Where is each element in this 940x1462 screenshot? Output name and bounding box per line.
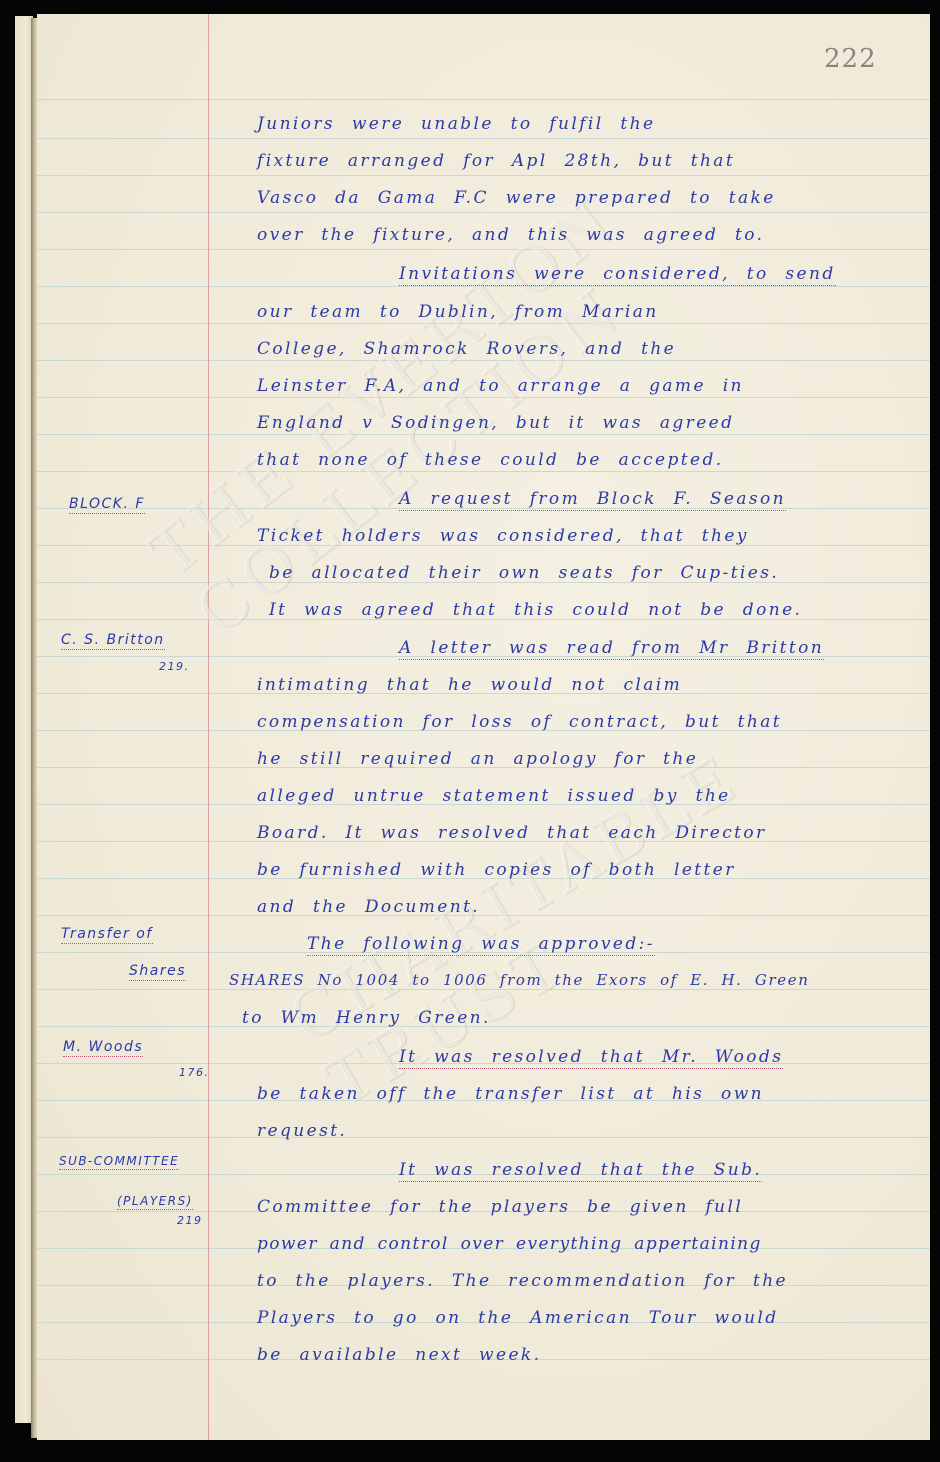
ruled-line (37, 434, 930, 435)
handwritten-line: alleged untrue statement issued by the (257, 786, 731, 806)
handwritten-line: power and control over everything appert… (257, 1234, 762, 1254)
ruled-line (37, 323, 930, 324)
margin-note-transfer-of: Transfer of (61, 926, 153, 944)
margin-note-britton: C. S. Britton (61, 632, 165, 650)
handwritten-line: fixture arranged for Apl 28th, but that (257, 151, 735, 171)
handwritten-line: Ticket holders was considered, that they (257, 526, 749, 546)
ruled-line (37, 915, 930, 916)
handwritten-line: England v Sodingen, but it was agreed (257, 413, 734, 433)
red-margin-line (208, 14, 209, 1440)
handwritten-line: be taken off the transfer list at his ow… (257, 1084, 764, 1104)
handwritten-line: he still required an apology for the (257, 749, 698, 769)
ruled-line (37, 1137, 930, 1138)
handwritten-line: intimating that he would not claim (257, 675, 682, 695)
handwritten-line: Juniors were unable to fulfil the (257, 114, 655, 134)
ruled-line (37, 360, 930, 361)
ruled-line (37, 249, 930, 250)
margin-note-block-f: BLOCK. F (69, 496, 145, 514)
handwritten-line: that none of these could be accepted. (257, 450, 724, 470)
handwritten-line: A request from Block F. Season (399, 489, 786, 509)
handwritten-line: It was agreed that this could not be don… (269, 600, 802, 620)
handwritten-line: Board. It was resolved that each Directo… (257, 823, 767, 843)
handwritten-line: be allocated their own seats for Cup-tie… (269, 563, 779, 583)
handwritten-line: It was resolved that the Sub. (399, 1160, 762, 1180)
handwritten-line: Players to go on the American Tour would (257, 1308, 779, 1328)
handwritten-line: be furnished with copies of both letter (257, 860, 736, 880)
handwritten-line: be available next week. (257, 1345, 541, 1365)
margin-note-ref: 176. (179, 1066, 210, 1079)
ruled-line (37, 138, 930, 139)
handwritten-line: over the fixture, and this was agreed to… (257, 225, 764, 245)
margin-note-sub-committee: SUB-COMMITTEE (59, 1154, 179, 1170)
margin-note-ref: 219 (177, 1214, 203, 1227)
margin-note-ref: 219. (159, 660, 190, 673)
handwritten-line: request. (257, 1121, 347, 1141)
handwritten-line: compensation for loss of contract, but t… (257, 712, 782, 732)
ruled-line (37, 212, 930, 213)
handwritten-line: The following was approved:- (307, 934, 655, 954)
handwritten-line: Committee for the players be given full (257, 1197, 743, 1217)
handwritten-line: Leinster F.A, and to arrange a game in (257, 376, 744, 396)
margin-note-shares: Shares (129, 963, 186, 981)
handwritten-line: our team to Dublin, from Marian (257, 302, 659, 322)
margin-note-woods: M. Woods (63, 1039, 143, 1057)
handwritten-line: and the Document. (257, 897, 480, 917)
ruled-line (37, 989, 930, 990)
page-number: 222 (824, 44, 877, 74)
handwritten-line: A letter was read from Mr Britton (399, 638, 824, 658)
ruled-line (37, 471, 930, 472)
ledger-page: THE EVERTON COLLECTION CHARITABLE TRUST … (37, 14, 930, 1440)
ruled-line (37, 286, 930, 287)
handwritten-line: to the players. The recommendation for t… (257, 1271, 788, 1291)
handwritten-line: Vasco da Gama F.C were prepared to take (257, 188, 776, 208)
handwritten-line: SHARES No 1004 to 1006 from the Exors of… (229, 971, 810, 989)
handwritten-line: Invitations were considered, to send (399, 264, 836, 284)
handwritten-line: It was resolved that Mr. Woods (399, 1047, 783, 1067)
margin-note-players: (PLAYERS) (117, 1194, 193, 1210)
handwritten-line: College, Shamrock Rovers, and the (257, 339, 676, 359)
ruled-line (37, 175, 930, 176)
handwritten-line: to Wm Henry Green. (242, 1008, 491, 1028)
ruled-line (37, 99, 930, 100)
ruled-line (37, 397, 930, 398)
